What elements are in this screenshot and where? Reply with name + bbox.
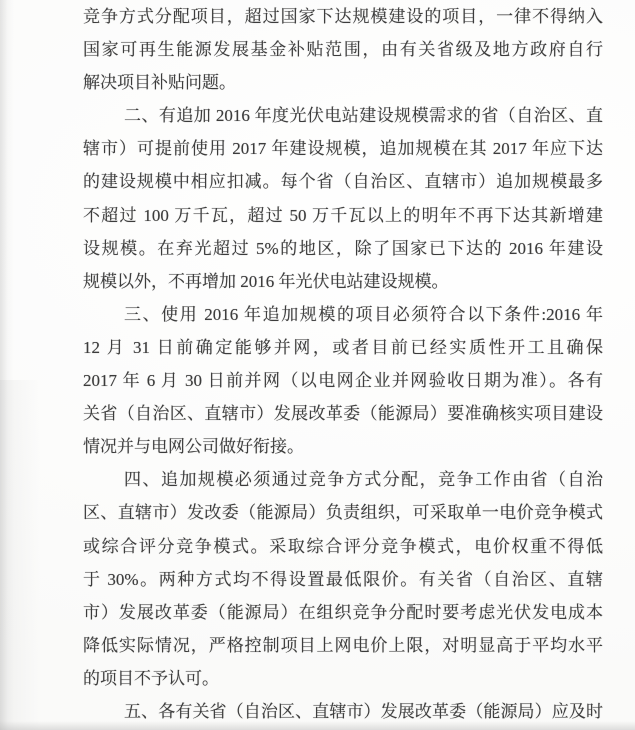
text-line: 的建设规模中相应扣减。每个省（自治区、直辖市）追加规模最多 bbox=[83, 165, 603, 198]
text-line: 三、使用 2016 年追加规模的项目必须符合以下条件:2016 年 bbox=[83, 298, 603, 331]
text-line: 规模以外，不再增加 2016 年光伏电站建设规模。 bbox=[83, 265, 603, 298]
text-line: 情况并与电网公司做好衔接。 bbox=[83, 430, 603, 463]
text-line: 二、有追加 2016 年度光伏电站建设规模需求的省（自治区、直 bbox=[83, 99, 603, 132]
text-line: 不超过 100 万千瓦，超过 50 万千瓦以上的明年不再下达其新增建 bbox=[83, 199, 603, 232]
text-line: 国家可再生能源发展基金补贴范围，由有关省级及地方政府自行 bbox=[83, 33, 603, 66]
document-text-block: 竞争方式分配项目，超过国家下达规模建设的项目，一律不得纳入 国家可再生能源发展基… bbox=[83, 0, 603, 728]
text-line: 区、直辖市）发改委（能源局）负责组织，可采取单一电价竞争模式 bbox=[83, 496, 603, 529]
text-line: 五、各有关省（自治区、直辖市）发展改革委（能源局）应及时 bbox=[83, 695, 603, 728]
text-line: 四、追加规模必须通过竞争方式分配，竞争工作由省（自治 bbox=[83, 463, 603, 496]
text-line: 2017 年 6 月 30 日前并网（以电网企业并网验收日期为准）。各有 bbox=[83, 364, 603, 397]
text-line: 关省（自治区、直辖市）发展改革委（能源局）要准确核实项目建设 bbox=[83, 397, 603, 430]
text-line: 的项目不予认可。 bbox=[83, 662, 603, 695]
text-line: 降低实际情况，严格控制项目上网电价上限，对明显高于平均水平 bbox=[83, 629, 603, 662]
scanned-document-page: 竞争方式分配项目，超过国家下达规模建设的项目，一律不得纳入 国家可再生能源发展基… bbox=[0, 0, 635, 730]
text-line: 12 月 31 日前确定能够并网，或者目前已经实质性开工且确保 bbox=[83, 331, 603, 364]
text-line: 辖市）可提前使用 2017 年建设规模，追加规模在其 2017 年应下达 bbox=[83, 132, 603, 165]
text-line: 设规模。在弃光超过 5%的地区，除了国家已下达的 2016 年建设 bbox=[83, 232, 603, 265]
scan-smudge-left bbox=[0, 380, 40, 730]
text-line: 市）发展改革委（能源局）在组织竞争分配时要考虑光伏发电成本 bbox=[83, 596, 603, 629]
text-line: 解决项目补贴问题。 bbox=[83, 66, 603, 99]
text-line: 竞争方式分配项目，超过国家下达规模建设的项目，一律不得纳入 bbox=[83, 0, 603, 33]
text-line: 或综合评分竞争模式。采取综合评分竞争模式，电价权重不得低 bbox=[83, 530, 603, 563]
scan-shadow-left bbox=[0, 0, 14, 730]
text-line: 于 30%。两种方式均不得设置最低限价。有关省（自治区、直辖 bbox=[83, 563, 603, 596]
